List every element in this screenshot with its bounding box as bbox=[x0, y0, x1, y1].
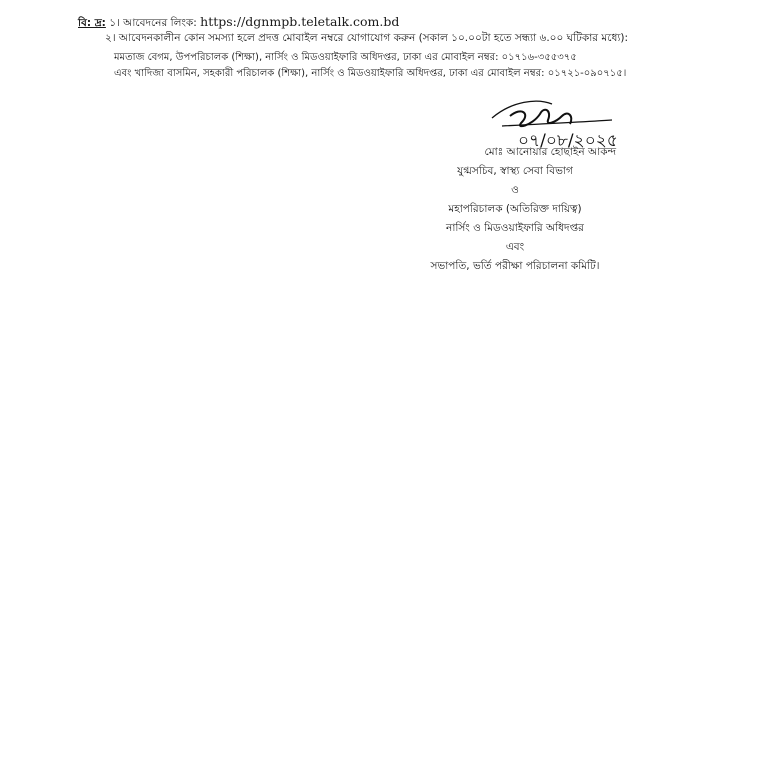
application-link-label: ১। আবেদনের লিংক: bbox=[109, 17, 197, 29]
signatory-title-4: সভাপতি, ভর্তি পরীক্ষা পরিচালনা কমিটি। bbox=[400, 257, 630, 276]
signatory-title-2: মহাপরিচালক (অতিরিক্ত দায়িত্ব) bbox=[400, 200, 630, 219]
contact-2: এবং খাদিজা বাসমিন, সহকারী পরিচালক (শিক্ষ… bbox=[114, 66, 626, 83]
note-line-2: ২। আবেদনকালীন কোন সমস্যা হলে প্রদত্ত মোব… bbox=[105, 31, 628, 48]
signatory-block: মোঃ আনোয়ার হোছাইন আকন্দ যুগ্মসচিব, স্বা… bbox=[400, 143, 630, 276]
signatory-name: মোঃ আনোয়ার হোছাইন আকন্দ bbox=[400, 143, 630, 162]
application-link-url[interactable]: https://dgnmpb.teletalk.com.bd bbox=[200, 14, 399, 29]
note-label: বি: দ্র: bbox=[78, 17, 106, 29]
signatory-title-3: নার্সিং ও মিডওয়াইফারি অধিদপ্তর bbox=[400, 219, 630, 238]
contact-1: মমতাজ বেগম, উপপরিচালক (শিক্ষা), নার্সিং … bbox=[114, 50, 577, 67]
conjunction-1: ও bbox=[400, 181, 630, 200]
note-line-1: বি: দ্র: ১। আবেদনের লিংক: https://dgnmpb… bbox=[78, 14, 399, 31]
conjunction-2: এবং bbox=[400, 238, 630, 257]
signatory-title-1: যুগ্মসচিব, স্বাস্থ্য সেবা বিভাগ bbox=[400, 162, 630, 181]
